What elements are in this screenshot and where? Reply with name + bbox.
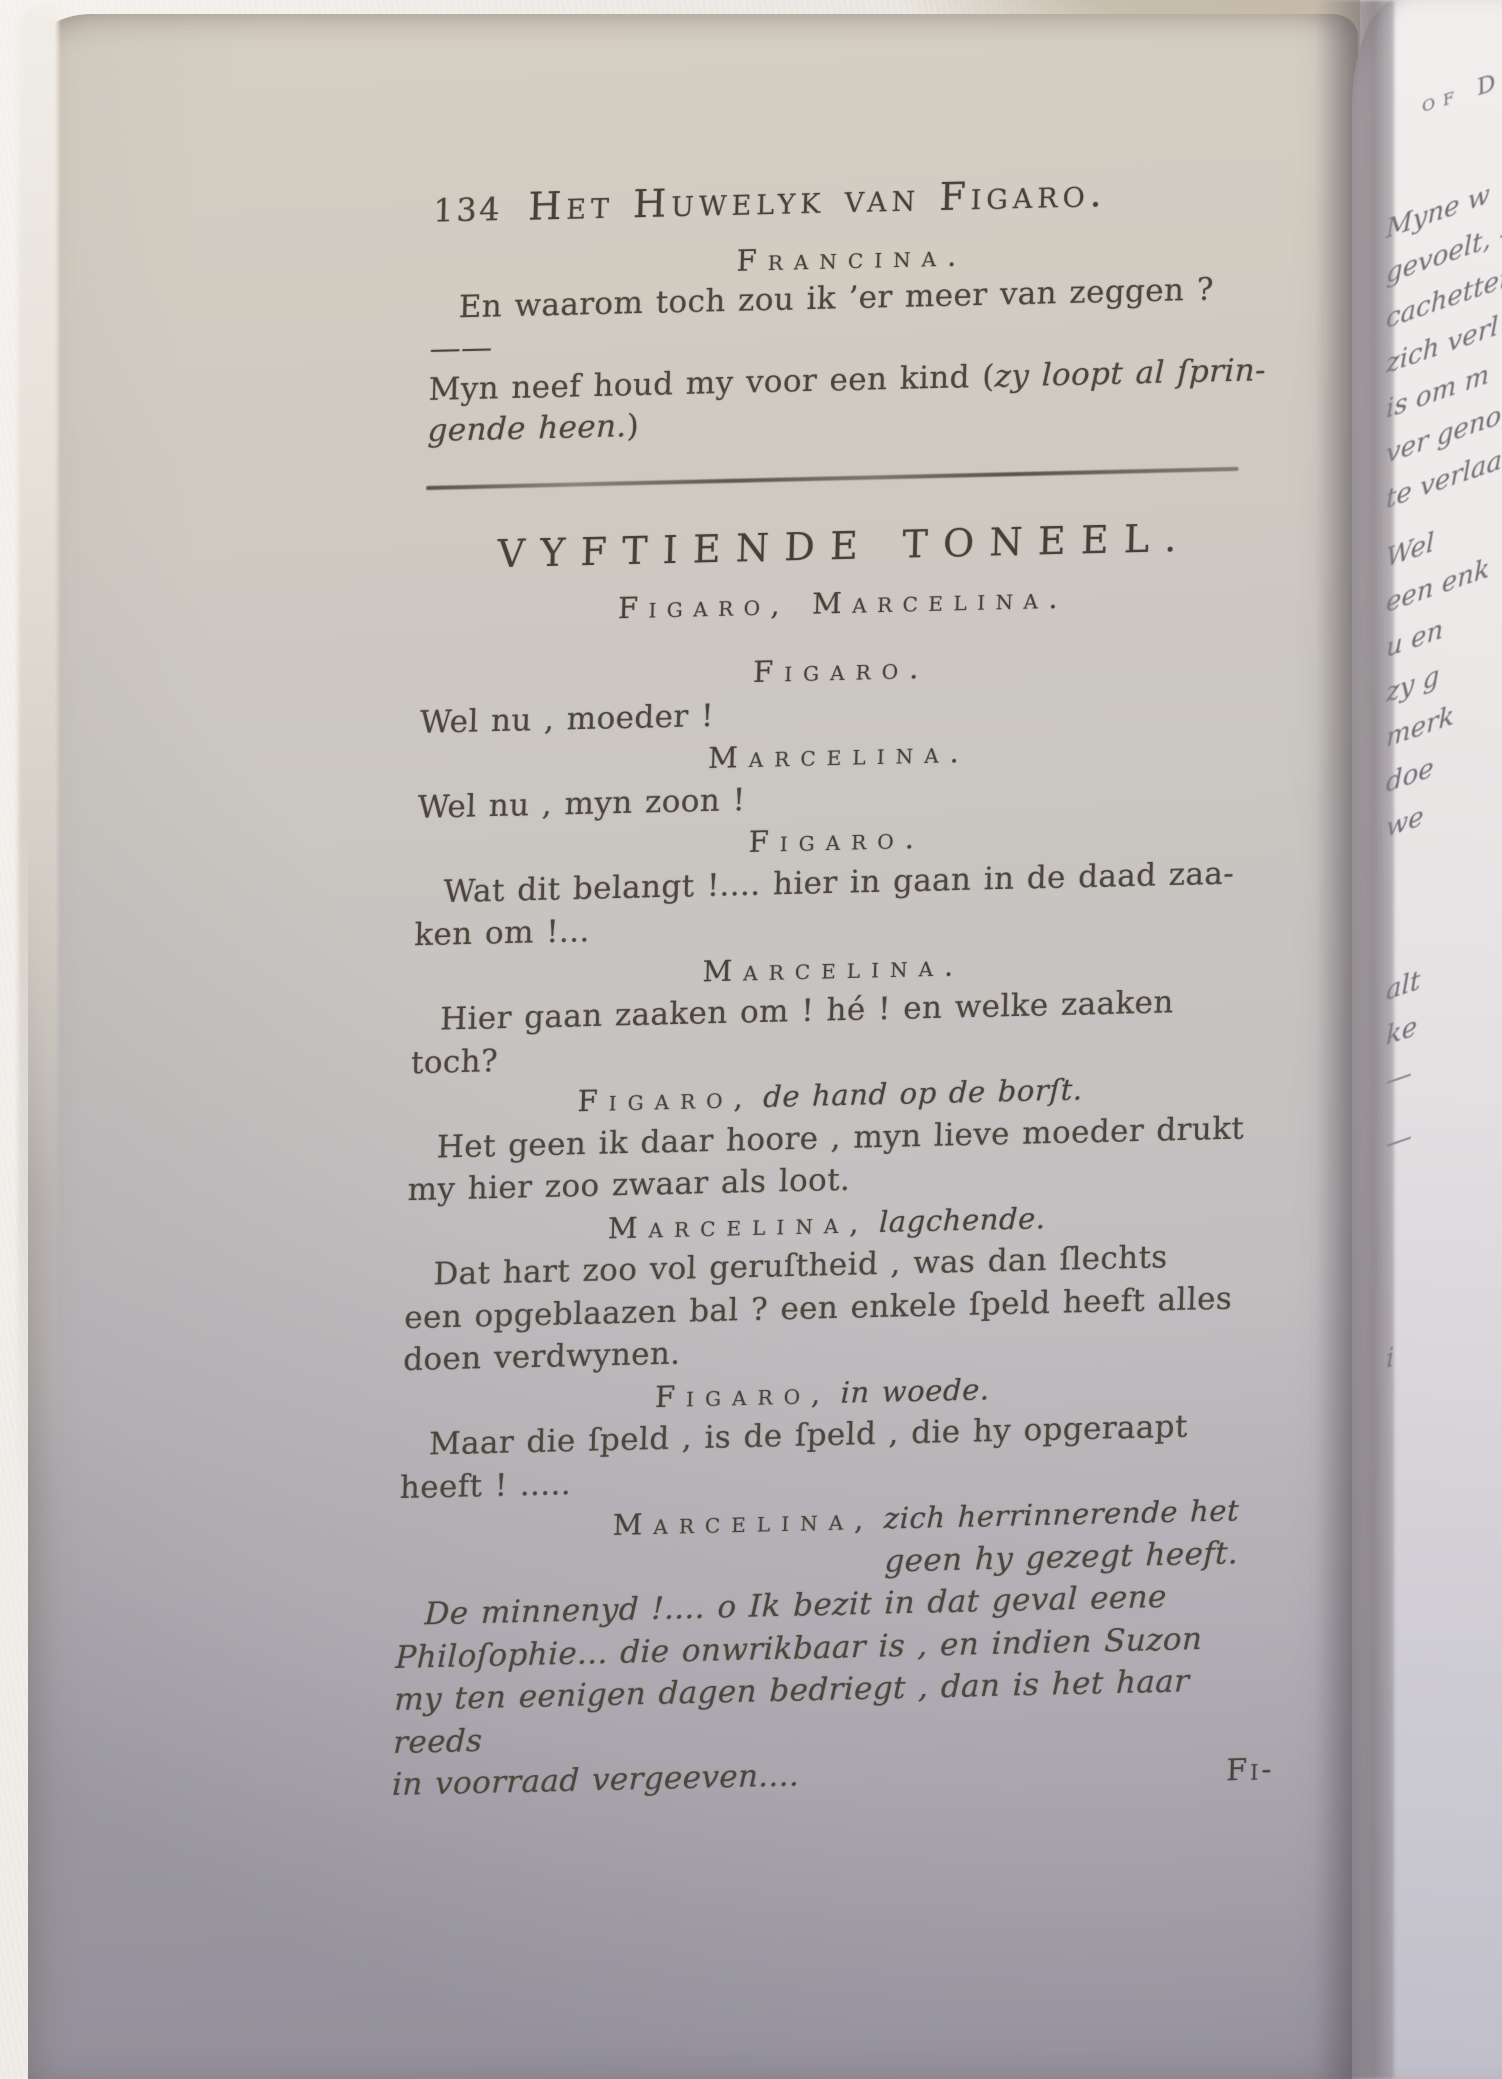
book-gutter-shadow bbox=[1316, 0, 1394, 2079]
speaker-name: Marcelina, bbox=[607, 1205, 870, 1245]
scene-heading: Vyftiende Toneel. bbox=[424, 512, 1266, 580]
facing-page-text-fragments: Myne w gevoelt, — cachetten zich verl is… bbox=[1386, 160, 1502, 1383]
stage-direction: lagchende. bbox=[879, 1200, 1047, 1238]
page-content: 134Het Huwelyk van Figaro. Francina. En … bbox=[391, 166, 1274, 1810]
stage-direction: in woede. bbox=[840, 1372, 990, 1410]
stage-direction: de hand op de borſt. bbox=[763, 1072, 1083, 1114]
facing-page-running-title: of D bbox=[1422, 68, 1502, 119]
speaker-name: Figaro, bbox=[655, 1375, 832, 1413]
stage-direction: zich herrinnerende het bbox=[883, 1493, 1239, 1535]
stage-direction: gende heen. bbox=[427, 408, 627, 449]
stage-direction: zy loopt al ſprin- bbox=[994, 352, 1266, 394]
book-photo: of D Myne w gevoelt, — cachetten zich ve… bbox=[0, 0, 1502, 2079]
speaker-name: Figaro, bbox=[577, 1080, 754, 1118]
page-deckle-edge bbox=[18, 6, 58, 1506]
speaker-name: Marcelina, bbox=[612, 1502, 875, 1542]
scene-fourteen-end: Francina. En waarom toch zou ik ’er meer… bbox=[427, 228, 1273, 452]
scene-characters: Figaro, Marcelina. bbox=[422, 572, 1264, 634]
facing-fragment: i bbox=[1386, 1290, 1502, 1383]
page-number: 134 bbox=[433, 186, 503, 234]
dialogue-text: ) bbox=[626, 408, 639, 444]
scene-divider-rule bbox=[426, 467, 1239, 490]
